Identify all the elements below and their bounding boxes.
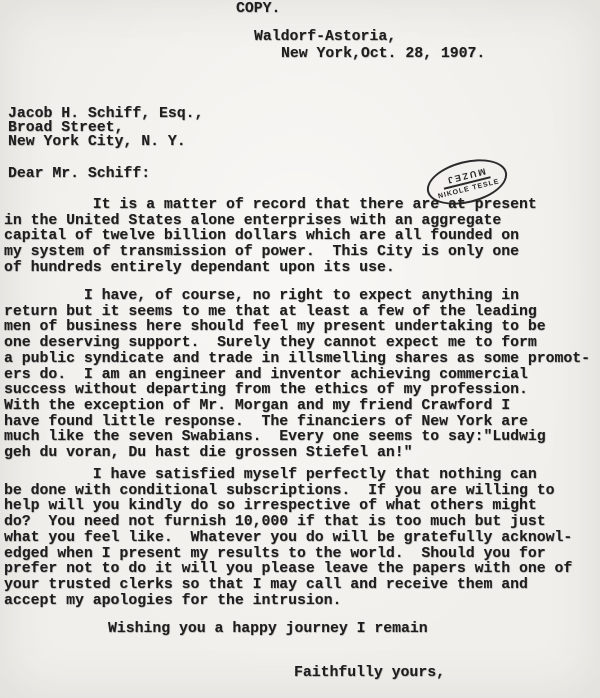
- letter-paragraph-3: I have satisfied myself perfectly that n…: [4, 468, 572, 609]
- signoff-line: Faithfully yours,: [294, 666, 445, 682]
- letter-paragraph-1: It is a matter of record that there are …: [4, 198, 537, 277]
- letter-paragraph-2: I have, of course, no right to expect an…: [4, 289, 590, 462]
- farewell-line: Wishing you a happy journey I remain: [108, 622, 428, 638]
- recipient-address: Jacob H. Schiff, Esq., Broad Street, New…: [8, 108, 203, 149]
- letter-page: COPY. Waldorf-Astoria, New York,Oct. 28,…: [0, 0, 600, 698]
- sender-location: Waldorf-Astoria,: [254, 30, 396, 46]
- salutation: Dear Mr. Schiff:: [8, 167, 150, 183]
- copy-label: COPY.: [236, 2, 280, 18]
- date-line: New York,Oct. 28, 1907.: [281, 47, 485, 63]
